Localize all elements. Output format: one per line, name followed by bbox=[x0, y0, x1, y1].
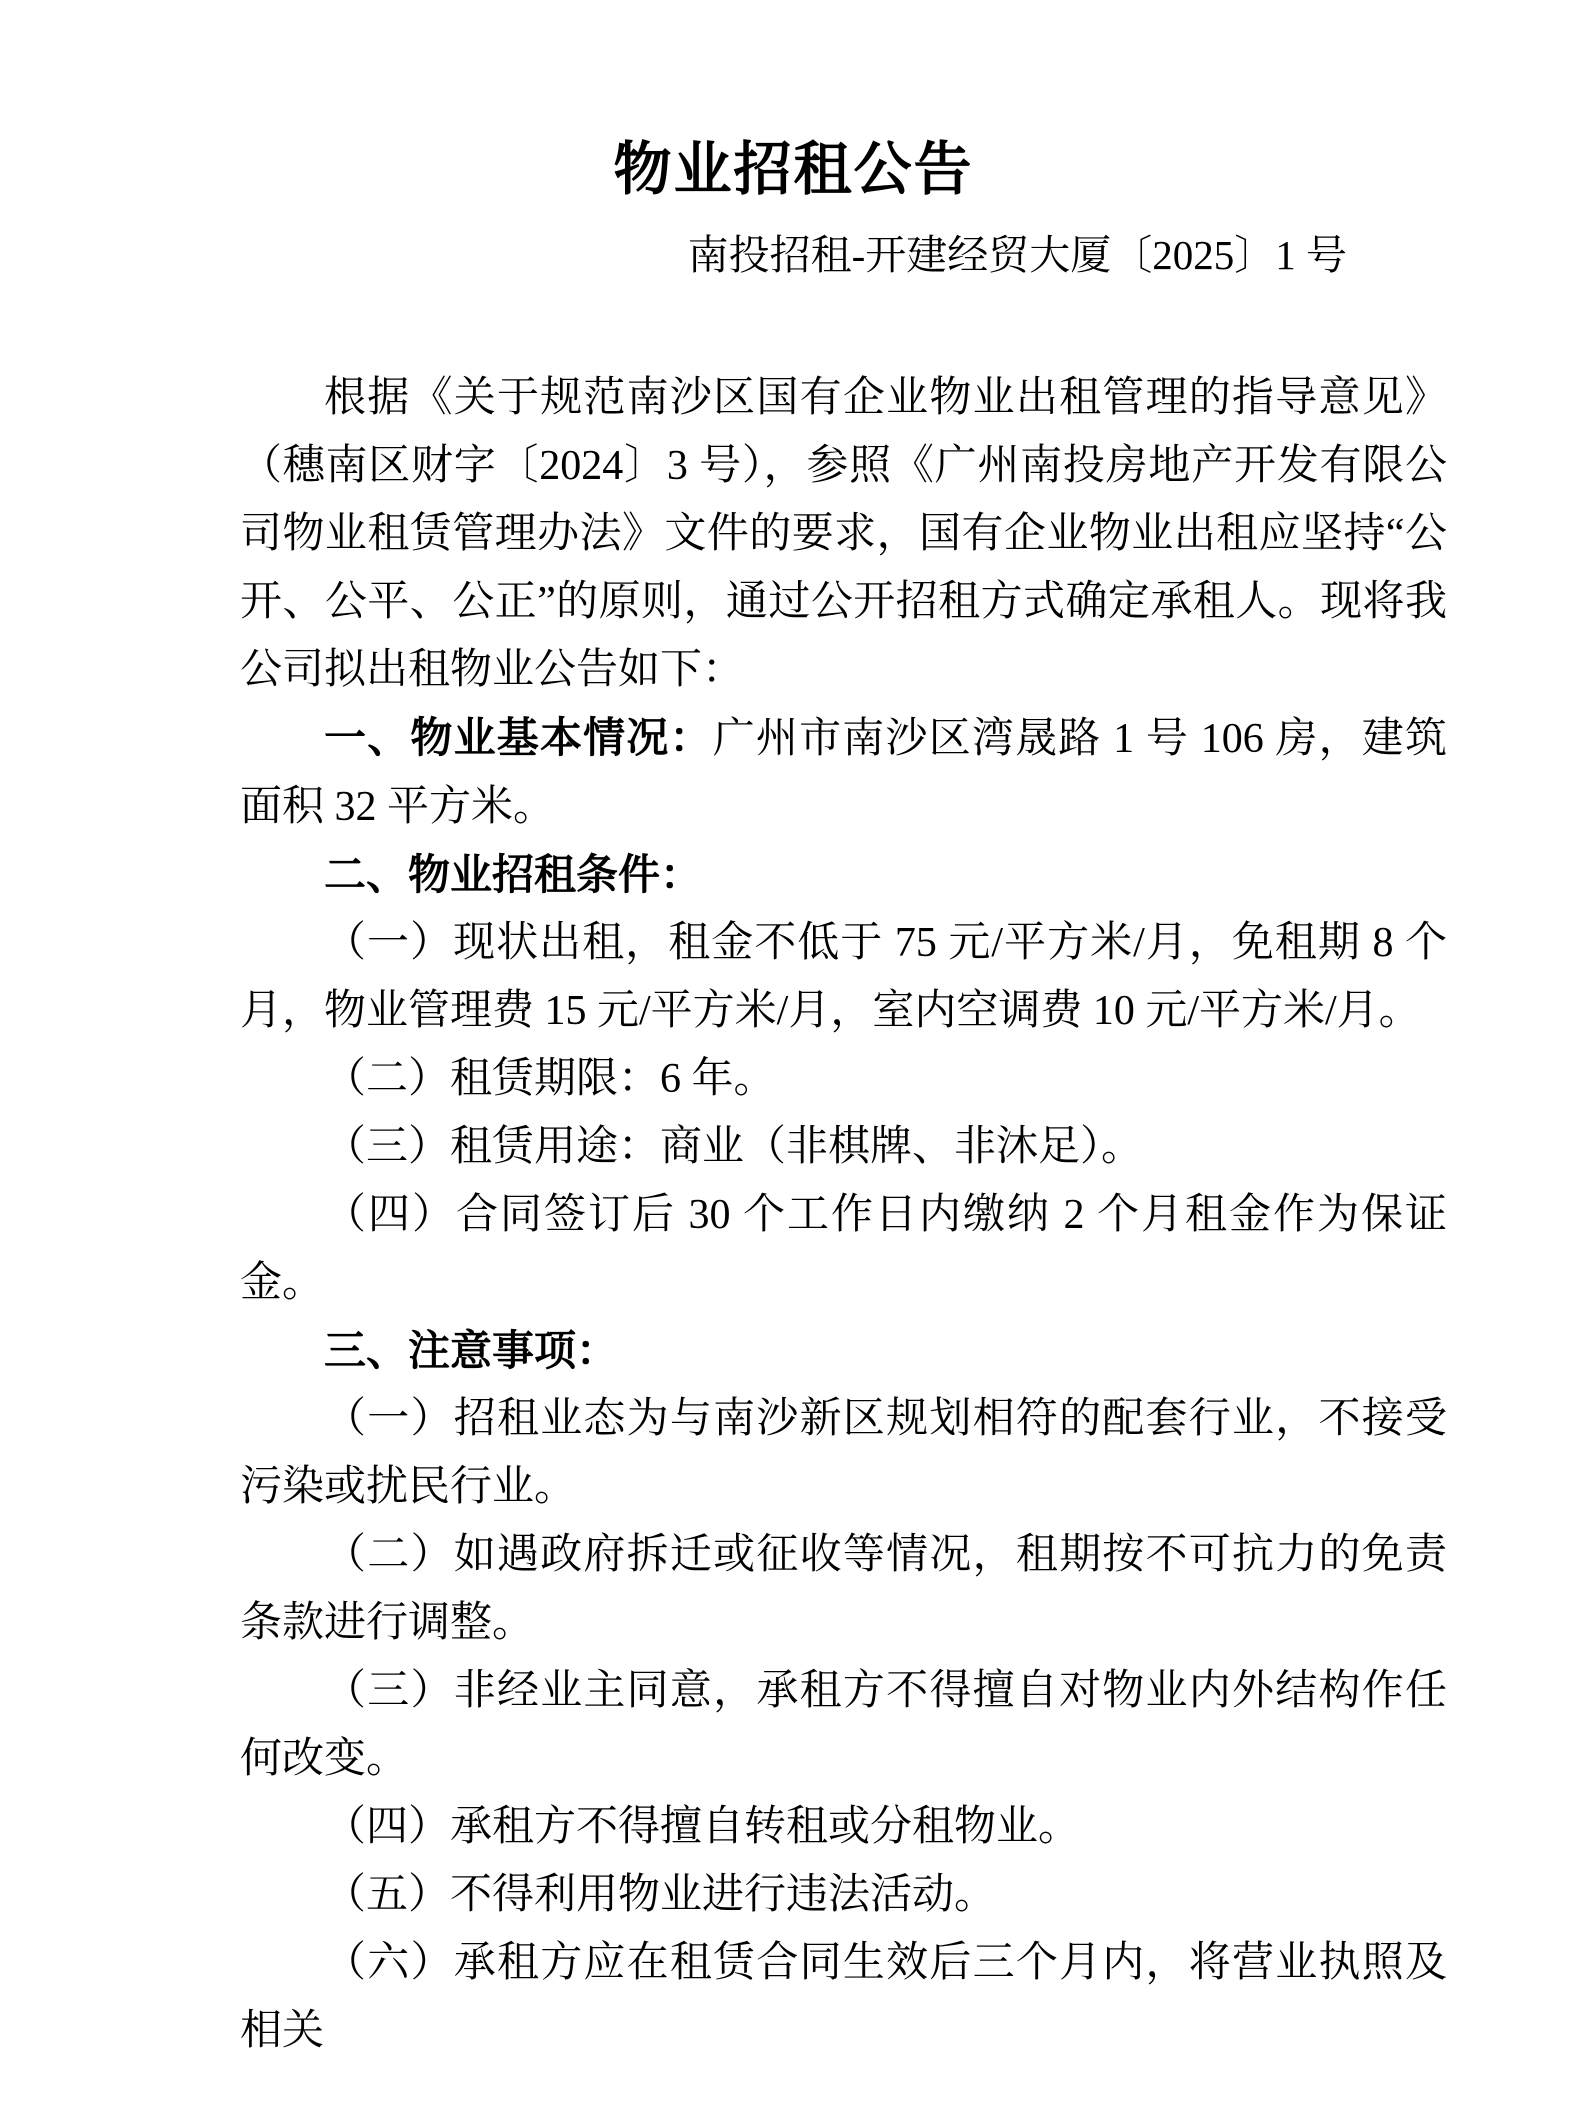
section-1-heading: 一、物业基本情况： bbox=[324, 714, 713, 761]
section-3-item-6: （六）承租方应在租赁合同生效后三个月内，将营业执照及相关 bbox=[240, 1929, 1447, 2065]
section-1-paragraph: 一、物业基本情况：广州市南沙区湾晟路 1 号 106 房，建筑面积 32 平方米… bbox=[240, 704, 1447, 841]
section-2-heading: 二、物业招租条件： bbox=[240, 841, 1447, 909]
document-body: 根据《关于规范南沙区国有企业物业出租管理的指导意见》（穗南区财字〔2024〕3 … bbox=[240, 364, 1447, 2065]
section-3-item-4: （四）承租方不得擅自转租或分租物业。 bbox=[240, 1793, 1447, 1861]
document-page: 物业招租公告 南投招租-开建经贸大厦〔2025〕1 号 根据《关于规范南沙区国有… bbox=[0, 0, 1587, 2123]
section-2-item-4: （四）合同签订后 30 个工作日内缴纳 2 个月租金作为保证金。 bbox=[240, 1181, 1447, 1317]
section-3-item-2: （二）如遇政府拆迁或征收等情况，租期按不可抗力的免责条款进行调整。 bbox=[240, 1521, 1447, 1657]
intro-paragraph: 根据《关于规范南沙区国有企业物业出租管理的指导意见》（穗南区财字〔2024〕3 … bbox=[240, 364, 1447, 704]
section-3-heading: 三、注意事项： bbox=[240, 1317, 1447, 1385]
section-3-item-1: （一）招租业态为与南沙新区规划相符的配套行业，不接受污染或扰民行业。 bbox=[240, 1385, 1447, 1521]
document-number: 南投招租-开建经贸大厦〔2025〕1 号 bbox=[0, 230, 1587, 280]
page-title: 物业招租公告 bbox=[0, 0, 1587, 202]
section-2-item-3: （三）租赁用途：商业（非棋牌、非沐足）。 bbox=[240, 1113, 1447, 1181]
section-3-item-3: （三）非经业主同意，承租方不得擅自对物业内外结构作任何改变。 bbox=[240, 1657, 1447, 1793]
section-2-item-2: （二）租赁期限：6 年。 bbox=[240, 1045, 1447, 1113]
section-3-item-5: （五）不得利用物业进行违法活动。 bbox=[240, 1861, 1447, 1929]
section-2-item-1: （一）现状出租，租金不低于 75 元/平方米/月，免租期 8 个月，物业管理费 … bbox=[240, 909, 1447, 1045]
